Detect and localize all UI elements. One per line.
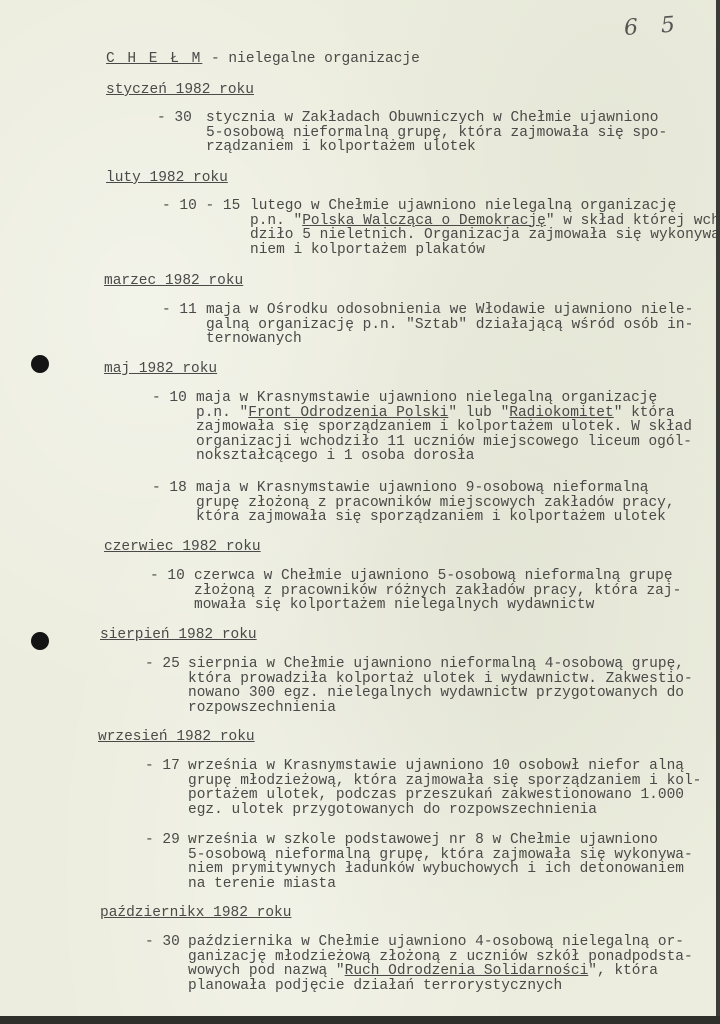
entry-text: lutego w Chełmie ujawniono nielegalną or… bbox=[250, 199, 720, 257]
entry-text: czerwca w Chełmie ujawniono 5-osobową ni… bbox=[194, 569, 681, 613]
entry-line: egz. ulotek przygotowanych do rozpowszec… bbox=[188, 803, 701, 818]
entry-line: grupę złożoną z pracowników miejscowych … bbox=[196, 496, 675, 511]
entry-line: galną organizację p.n. "Sztab" działając… bbox=[206, 318, 693, 333]
entry-text: października w Chełmie ujawniono 4-osobo… bbox=[188, 935, 693, 993]
month-heading: luty 1982 roku bbox=[106, 170, 228, 186]
entry-text: maja w Ośrodku odosobnienia we Włodawie … bbox=[206, 303, 693, 347]
scan-edge-bottom bbox=[0, 1016, 720, 1024]
entry-line: 5-osobową nieformalną grupę, która zajmo… bbox=[206, 126, 667, 141]
entry-line: zajmowała się sporządzaniem i kolportaże… bbox=[196, 420, 692, 435]
entry-date-marker: - 30 bbox=[157, 111, 192, 126]
entry-line: ternowanych bbox=[206, 332, 693, 347]
document-page: 6 5 C H E Ł M - nielegalne organizacje s… bbox=[0, 0, 716, 1016]
entry-line: portażem ulotek, podczas przeszukań zakw… bbox=[188, 788, 701, 803]
title-subject: - nielegalne organizacje bbox=[202, 51, 420, 67]
month-heading: styczeń 1982 roku bbox=[106, 82, 254, 98]
entry-line: na terenie miasta bbox=[188, 877, 693, 892]
entry-text: maja w Krasnymstawie ujawniono nielegaln… bbox=[196, 391, 692, 464]
month-heading: październikx 1982 roku bbox=[100, 905, 291, 921]
entry-text: sierpnia w Chełmie ujawniono nieformalną… bbox=[188, 657, 693, 715]
entry-line: 5-osobową nieformalną grupę, która zajmo… bbox=[188, 848, 693, 863]
entry-line: lutego w Chełmie ujawniono nielegalną or… bbox=[250, 199, 720, 214]
entry-line: rozpowszechnienia bbox=[188, 701, 693, 716]
entry-line: dziło 5 nieletnich. Organizacja zajmował… bbox=[250, 228, 720, 243]
entry-text: września w Krasnymstawie ujawniono 10 os… bbox=[188, 759, 701, 817]
entry-line: maja w Krasnymstawie ujawniono nielegaln… bbox=[196, 391, 692, 406]
entry-date-marker: - 29 bbox=[145, 833, 180, 848]
entry-line: sierpnia w Chełmie ujawniono nieformalną… bbox=[188, 657, 693, 672]
entry-line: stycznia w Zakładach Obuwniczych w Chełm… bbox=[206, 111, 667, 126]
month-heading: sierpień 1982 roku bbox=[100, 627, 257, 643]
entry-line: organizacji wchodziło 11 uczniów miejsco… bbox=[196, 435, 692, 450]
handwritten-page-number: 6 5 bbox=[623, 12, 684, 41]
entry-line: niem prymitywnych ładunków wybuchowych i… bbox=[188, 862, 693, 877]
entry-date-marker: - 17 bbox=[145, 759, 180, 774]
entry-line: maja w Ośrodku odosobnienia we Włodawie … bbox=[206, 303, 693, 318]
organization-name: Front Odrodzenia Polski bbox=[248, 405, 448, 421]
month-heading: wrzesień 1982 roku bbox=[98, 729, 255, 745]
entry-line: maja w Krasnymstawie ujawniono 9-osobową… bbox=[196, 481, 675, 496]
entry-line: nowano 300 egz. nielegalnych wydawnictw … bbox=[188, 686, 693, 701]
entry-line: czerwca w Chełmie ujawniono 5-osobową ni… bbox=[194, 569, 681, 584]
document-title: C H E Ł M - nielegalne organizacje bbox=[106, 51, 420, 67]
entry-date-marker: - 25 bbox=[145, 657, 180, 672]
organization-name: Radiokomitet bbox=[509, 405, 613, 421]
entry-line: mowała się kolportażem nielegalnych wyda… bbox=[194, 598, 681, 613]
entry-text: stycznia w Zakładach Obuwniczych w Chełm… bbox=[206, 111, 667, 155]
entry-date-marker: - 18 bbox=[152, 481, 187, 496]
entry-date-marker: - 30 bbox=[145, 935, 180, 950]
entry-line: ganizację młodzieżową złożoną z uczniów … bbox=[188, 950, 693, 965]
entry-line: grupę młodzieżową, która zajmowała się s… bbox=[188, 774, 701, 789]
scan-edge-right bbox=[716, 0, 720, 1024]
month-heading: marzec 1982 roku bbox=[104, 273, 243, 289]
entry-line: p.n. "Polska Walcząca o Demokrację" w sk… bbox=[250, 214, 720, 229]
entry-line: planowała podjęcie działań terrorystyczn… bbox=[188, 979, 693, 994]
entry-line: która prowadziła kolportaż ulotek i wyda… bbox=[188, 672, 693, 687]
entry-text: maja w Krasnymstawie ujawniono 9-osobową… bbox=[196, 481, 675, 525]
organization-name: Ruch Odrodzenia Solidarności bbox=[345, 963, 589, 979]
entry-line: wowych pod nazwą "Ruch Odrodzenia Solida… bbox=[188, 964, 693, 979]
entry-date-marker: - 11 bbox=[162, 303, 197, 318]
entry-line: września w szkole podstawowej nr 8 w Che… bbox=[188, 833, 693, 848]
punch-hole-top bbox=[31, 355, 49, 373]
title-city: C H E Ł M bbox=[106, 51, 202, 67]
entry-line: p.n. "Front Odrodzenia Polski" lub "Radi… bbox=[196, 406, 692, 421]
month-heading: maj 1982 roku bbox=[104, 361, 217, 377]
entry-line: września w Krasnymstawie ujawniono 10 os… bbox=[188, 759, 701, 774]
month-heading: czerwiec 1982 roku bbox=[104, 539, 261, 555]
entry-line: złożoną z pracowników różnych zakładów p… bbox=[194, 584, 681, 599]
organization-name: Polska Walcząca o Demokrację bbox=[302, 213, 546, 229]
entry-date-marker: - 10 bbox=[152, 391, 187, 406]
entry-line: rządzaniem i kolportażem ulotek bbox=[206, 140, 667, 155]
entry-date-marker: - 10 - 15 bbox=[162, 199, 240, 214]
entry-line: która zajmowała się sporządzaniem i kolp… bbox=[196, 510, 675, 525]
entry-line: niem i kolportażem plakatów bbox=[250, 243, 720, 258]
entry-line: nokształcącego i 1 osoba dorosła bbox=[196, 449, 692, 464]
entry-date-marker: - 10 bbox=[150, 569, 185, 584]
entry-text: września w szkole podstawowej nr 8 w Che… bbox=[188, 833, 693, 891]
punch-hole-bottom bbox=[31, 632, 49, 650]
entry-line: października w Chełmie ujawniono 4-osobo… bbox=[188, 935, 693, 950]
